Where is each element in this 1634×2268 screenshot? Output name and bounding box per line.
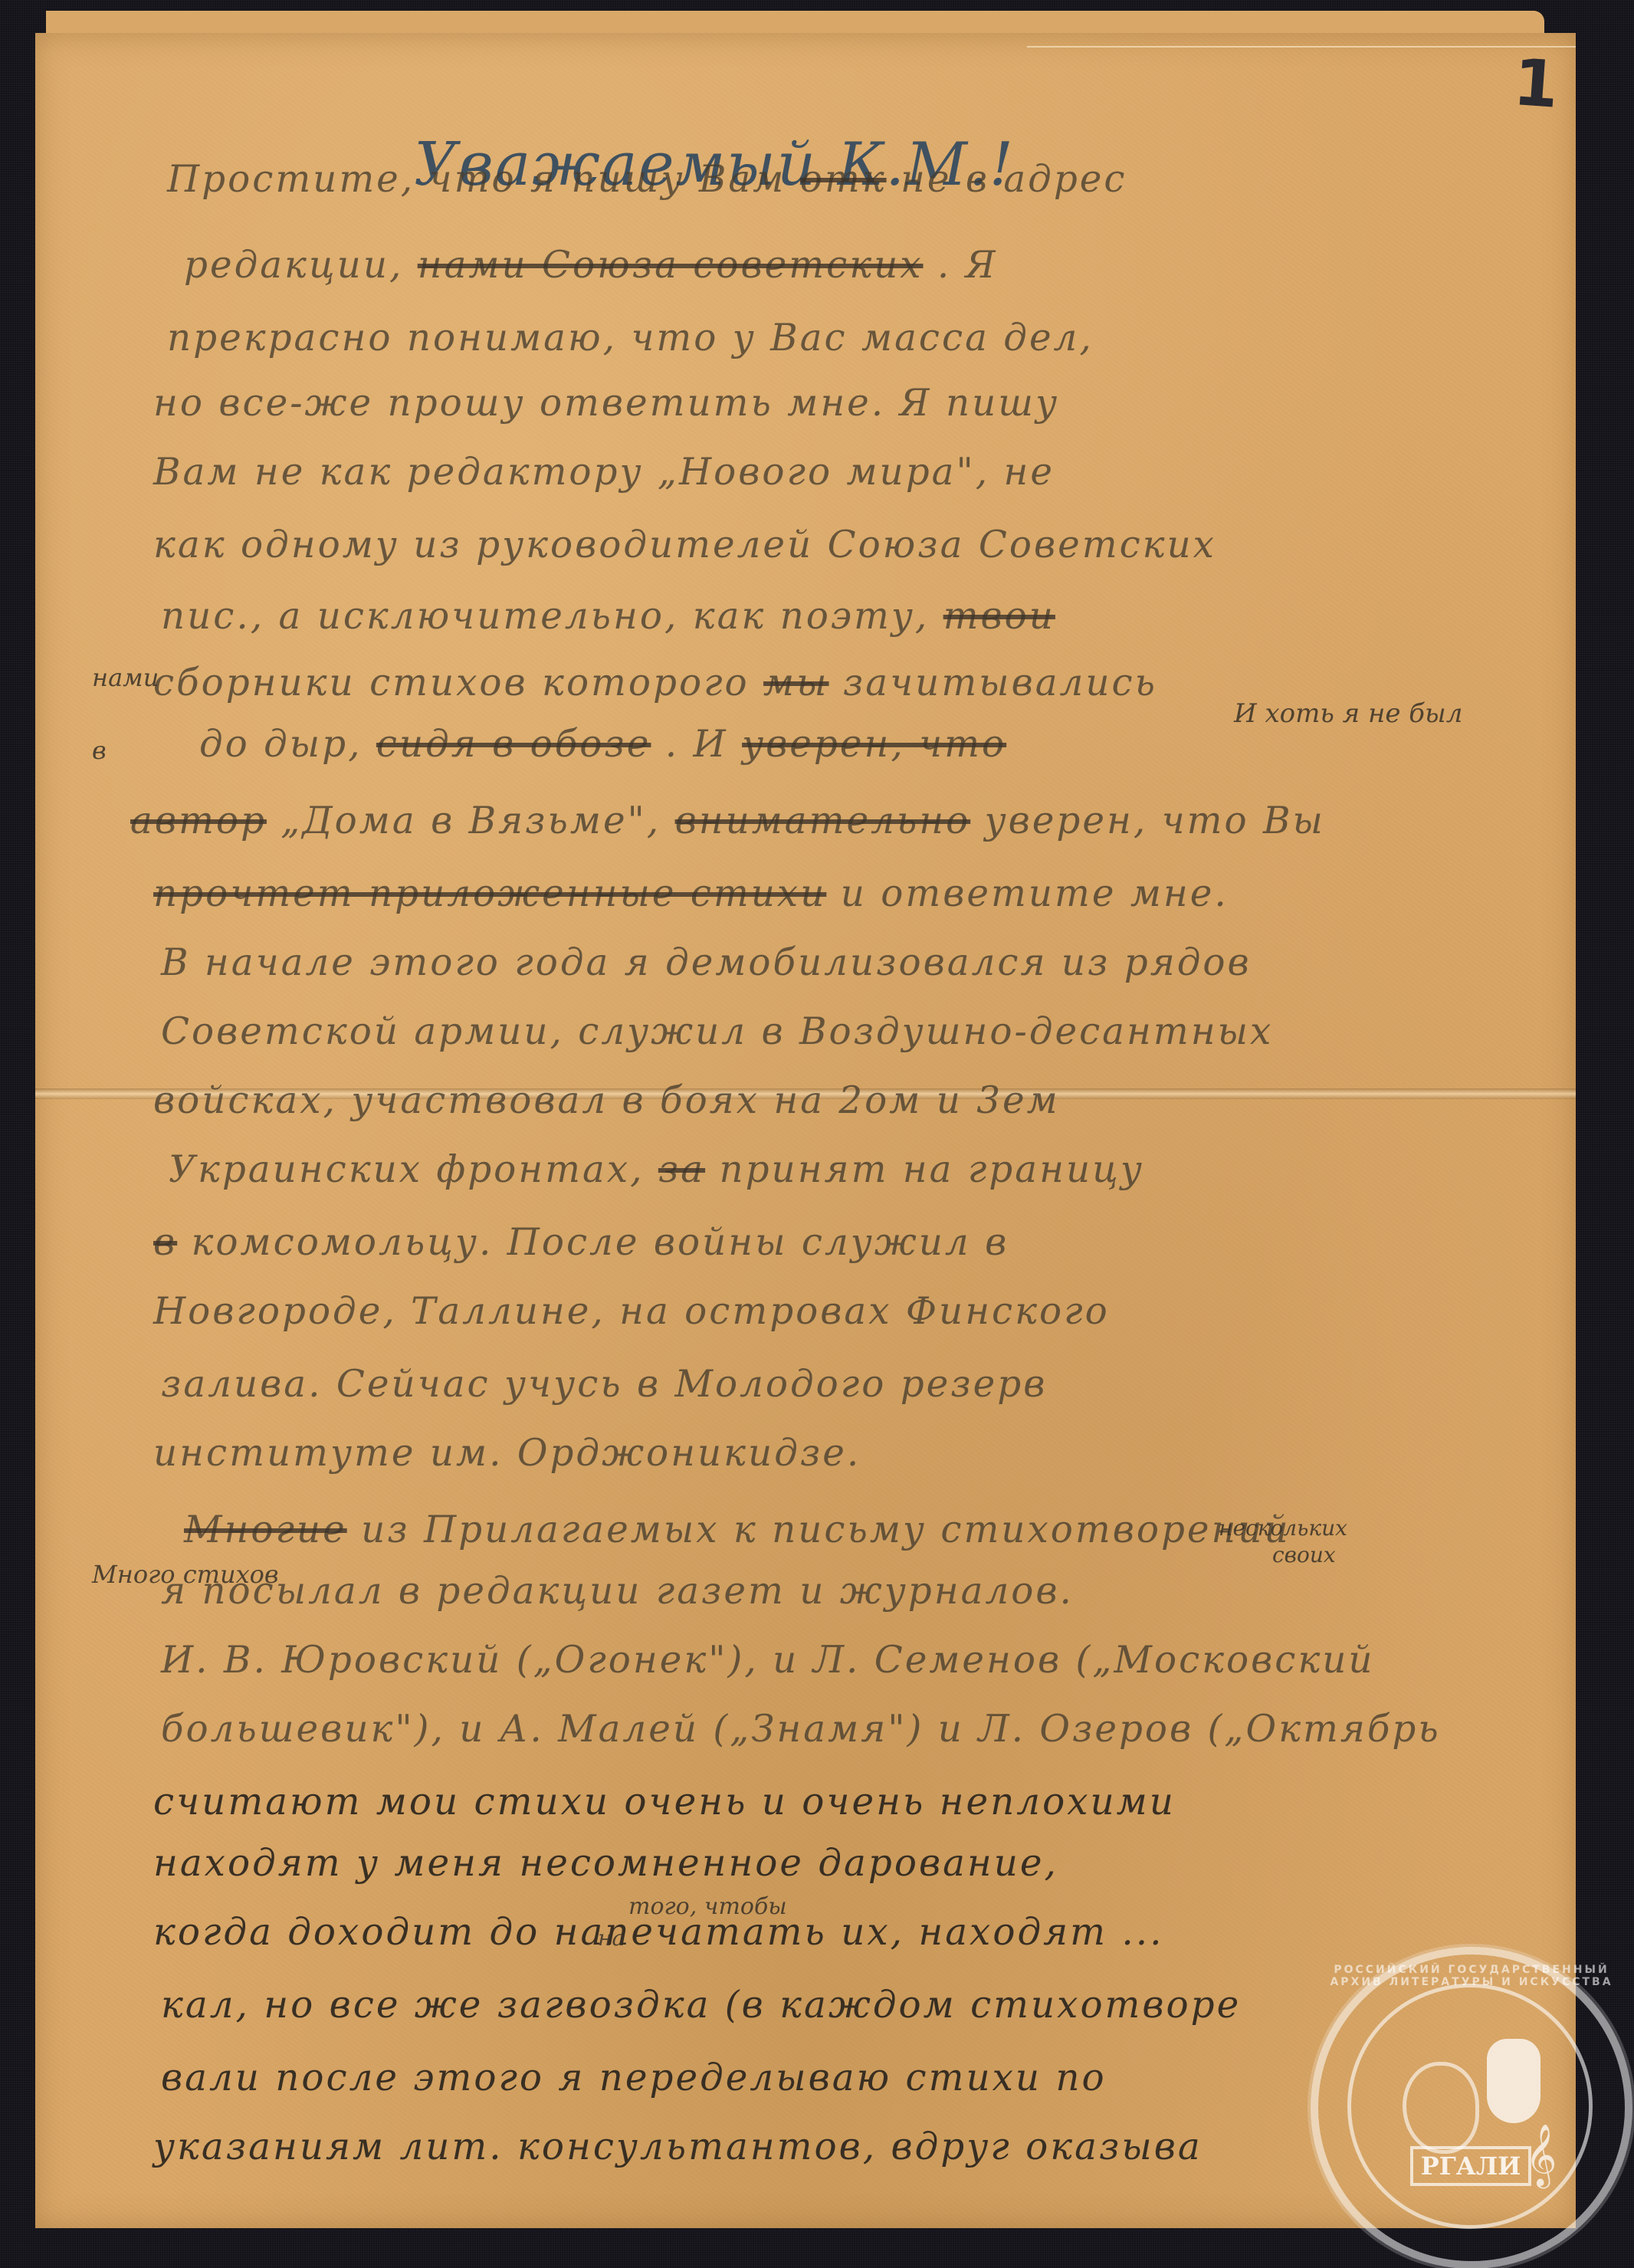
line-text: большевик"), и А. Малей („Знамя") и Л. О…	[161, 1708, 1441, 1751]
line-text: до дыр,	[199, 723, 363, 766]
handwritten-line: И. В. Юровский („Огонек"), и Л. Семенов …	[161, 1639, 1375, 1682]
handwritten-line: кал, но все же загвоздка (в каждом стихо…	[161, 1984, 1241, 2027]
line-text: уверен, что Вы	[985, 799, 1325, 842]
line-text: из Прилагаемых к письму стихотворений	[361, 1508, 1291, 1551]
line-text: и ответите мне.	[841, 872, 1229, 915]
line-text: И. В. Юровский („Огонек"), и Л. Семенов …	[161, 1639, 1375, 1682]
palette-icon	[1403, 2062, 1479, 2154]
line-text: прекрасно понимаю, что у Вас масса дел,	[167, 317, 1094, 359]
theatre-mask-icon	[1487, 2039, 1540, 2123]
struck-text: внимательно	[675, 799, 971, 842]
line-text: сборники стихов которого	[153, 661, 750, 704]
line-text: вали после этого я переделываю стихи по	[161, 2056, 1107, 2099]
handwritten-line: в комсомольцу. После войны служил в	[153, 1221, 1009, 1264]
line-text: Советской армии, служил в Воздушно-десан…	[161, 1010, 1273, 1053]
line-text: находят у меня несомненное дарование,	[153, 1842, 1058, 1885]
struck-text: автор	[130, 799, 267, 842]
margin-note: в	[92, 736, 107, 765]
line-text: В начале этого года я демобилизовался из…	[161, 941, 1252, 984]
line-text: кал, но все же загвоздка (в каждом стихо…	[161, 1984, 1241, 2027]
stamp-label: РГАЛИ	[1410, 2146, 1531, 2186]
struck-text: нами Союза советских	[418, 244, 924, 287]
struck-text: Многие	[184, 1508, 347, 1551]
line-text: Вам не как редактору „Нового мира", не	[153, 451, 1055, 494]
handwritten-line: прочтет приложенные стихи и ответите мне…	[153, 872, 1229, 915]
handwritten-line: до дыр, сидя в обозе . И уверен, что	[199, 723, 1006, 766]
sheet-edge	[1027, 46, 1576, 48]
struck-text: твои	[943, 595, 1055, 638]
line-text: я посылал в редакции газет и журналов.	[161, 1570, 1074, 1613]
handwritten-line: вали после этого я переделываю стихи по	[161, 2056, 1107, 2099]
line-text: Новгороде, Таллине, на островах Финского	[153, 1290, 1110, 1333]
handwritten-line: редакции, нами Союза советских . Я	[184, 244, 998, 287]
handwritten-line: Советской армии, служил в Воздушно-десан…	[161, 1010, 1273, 1053]
page-number: 1	[1511, 44, 1561, 123]
handwritten-line: указаниям лит. консультантов, вдруг оказ…	[153, 2125, 1203, 2168]
line-text: принят на границу	[719, 1148, 1143, 1191]
handwritten-line: сборники стихов которого мы зачитывались	[153, 661, 1157, 704]
handwritten-line: институте им. Орджоникидзе.	[153, 1432, 861, 1475]
line-text: Простите, что я пишу Вам	[167, 158, 786, 201]
interlinear-insert: И хоть я не был	[1234, 698, 1462, 729]
interlinear-insert: на	[598, 1925, 625, 1951]
line-text: „Дома в Вязьме",	[281, 799, 661, 842]
handwritten-line: Новгороде, Таллине, на островах Финского	[153, 1290, 1110, 1333]
line-text: считают мои стихи очень и очень неплохим…	[153, 1781, 1176, 1823]
struck-text: за	[658, 1148, 705, 1191]
handwritten-line: прекрасно понимаю, что у Вас масса дел,	[167, 317, 1094, 359]
handwritten-line: В начале этого года я демобилизовался из…	[161, 941, 1252, 984]
handwritten-line: я посылал в редакции газет и журналов.	[161, 1570, 1074, 1613]
struck-text: в	[153, 1221, 177, 1264]
line-text: комсомольцу. После войны служил в	[192, 1221, 1009, 1264]
handwritten-line: пис., а исключительно, как поэту, твои	[161, 595, 1055, 638]
handwritten-line: Простите, что я пишу Вам отк не в адрес	[167, 158, 1127, 201]
interlinear-insert: нескольких	[1219, 1515, 1347, 1541]
struck-text: сидя в обозе	[376, 723, 651, 766]
line-text: пис., а исключительно, как поэту,	[161, 595, 929, 638]
handwritten-line: Многие из Прилагаемых к письму стихотвор…	[184, 1508, 1291, 1551]
line-text: но все-же прошу ответить мне. Я пишу	[153, 382, 1059, 425]
interlinear-insert: того, чтобы	[628, 1893, 787, 1920]
line-text: залива. Сейчас учусь в Молодого резерв	[161, 1363, 1047, 1406]
handwritten-line: Вам не как редактору „Нового мира", не	[153, 451, 1055, 494]
struck-text: прочтет приложенные стихи	[153, 872, 826, 915]
line-text: войсках, участвовал в боях на 2ом и 3ем	[153, 1079, 1060, 1122]
handwritten-line: войсках, участвовал в боях на 2ом и 3ем	[153, 1079, 1060, 1122]
archive-stamp: РОССИЙСКИЙ ГОСУДАРСТВЕННЫЙ АРХИВ ЛИТЕРАТ…	[1311, 1947, 1632, 2268]
line-text: Украинских фронтах,	[169, 1148, 644, 1191]
interlinear-insert: своих	[1272, 1542, 1336, 1567]
handwritten-line: считают мои стихи очень и очень неплохим…	[153, 1781, 1176, 1823]
line-text: институте им. Орджоникидзе.	[153, 1432, 861, 1475]
handwritten-line: автор „Дома в Вязьме", внимательно увере…	[130, 799, 1325, 842]
line-text: указаниям лит. консультантов, вдруг оказ…	[153, 2125, 1203, 2168]
handwritten-line: но все-же прошу ответить мне. Я пишу	[153, 382, 1059, 425]
struck-text: уверен, что	[742, 723, 1006, 766]
line-text: . И	[665, 723, 728, 766]
line-text: зачитывались	[843, 661, 1157, 704]
margin-note: Много стихов	[92, 1560, 279, 1589]
line-text: . Я	[937, 244, 998, 287]
line-text: как одному из руководителей Союза Советс…	[153, 524, 1216, 566]
letter-page	[35, 33, 1576, 2228]
struck-text: отк	[800, 158, 887, 201]
handwritten-line: большевик"), и А. Малей („Знамя") и Л. О…	[161, 1708, 1441, 1751]
handwritten-line: залива. Сейчас учусь в Молодого резерв	[161, 1363, 1047, 1406]
line-text: редакции,	[184, 244, 403, 287]
struck-text: мы	[763, 661, 828, 704]
handwritten-line: как одному из руководителей Союза Советс…	[153, 524, 1216, 566]
handwritten-line: Украинских фронтах, за принят на границу	[169, 1148, 1144, 1191]
margin-note: нами	[92, 663, 159, 692]
line-text: не в адрес	[901, 158, 1127, 201]
handwritten-line: находят у меня несомненное дарование,	[153, 1842, 1058, 1885]
